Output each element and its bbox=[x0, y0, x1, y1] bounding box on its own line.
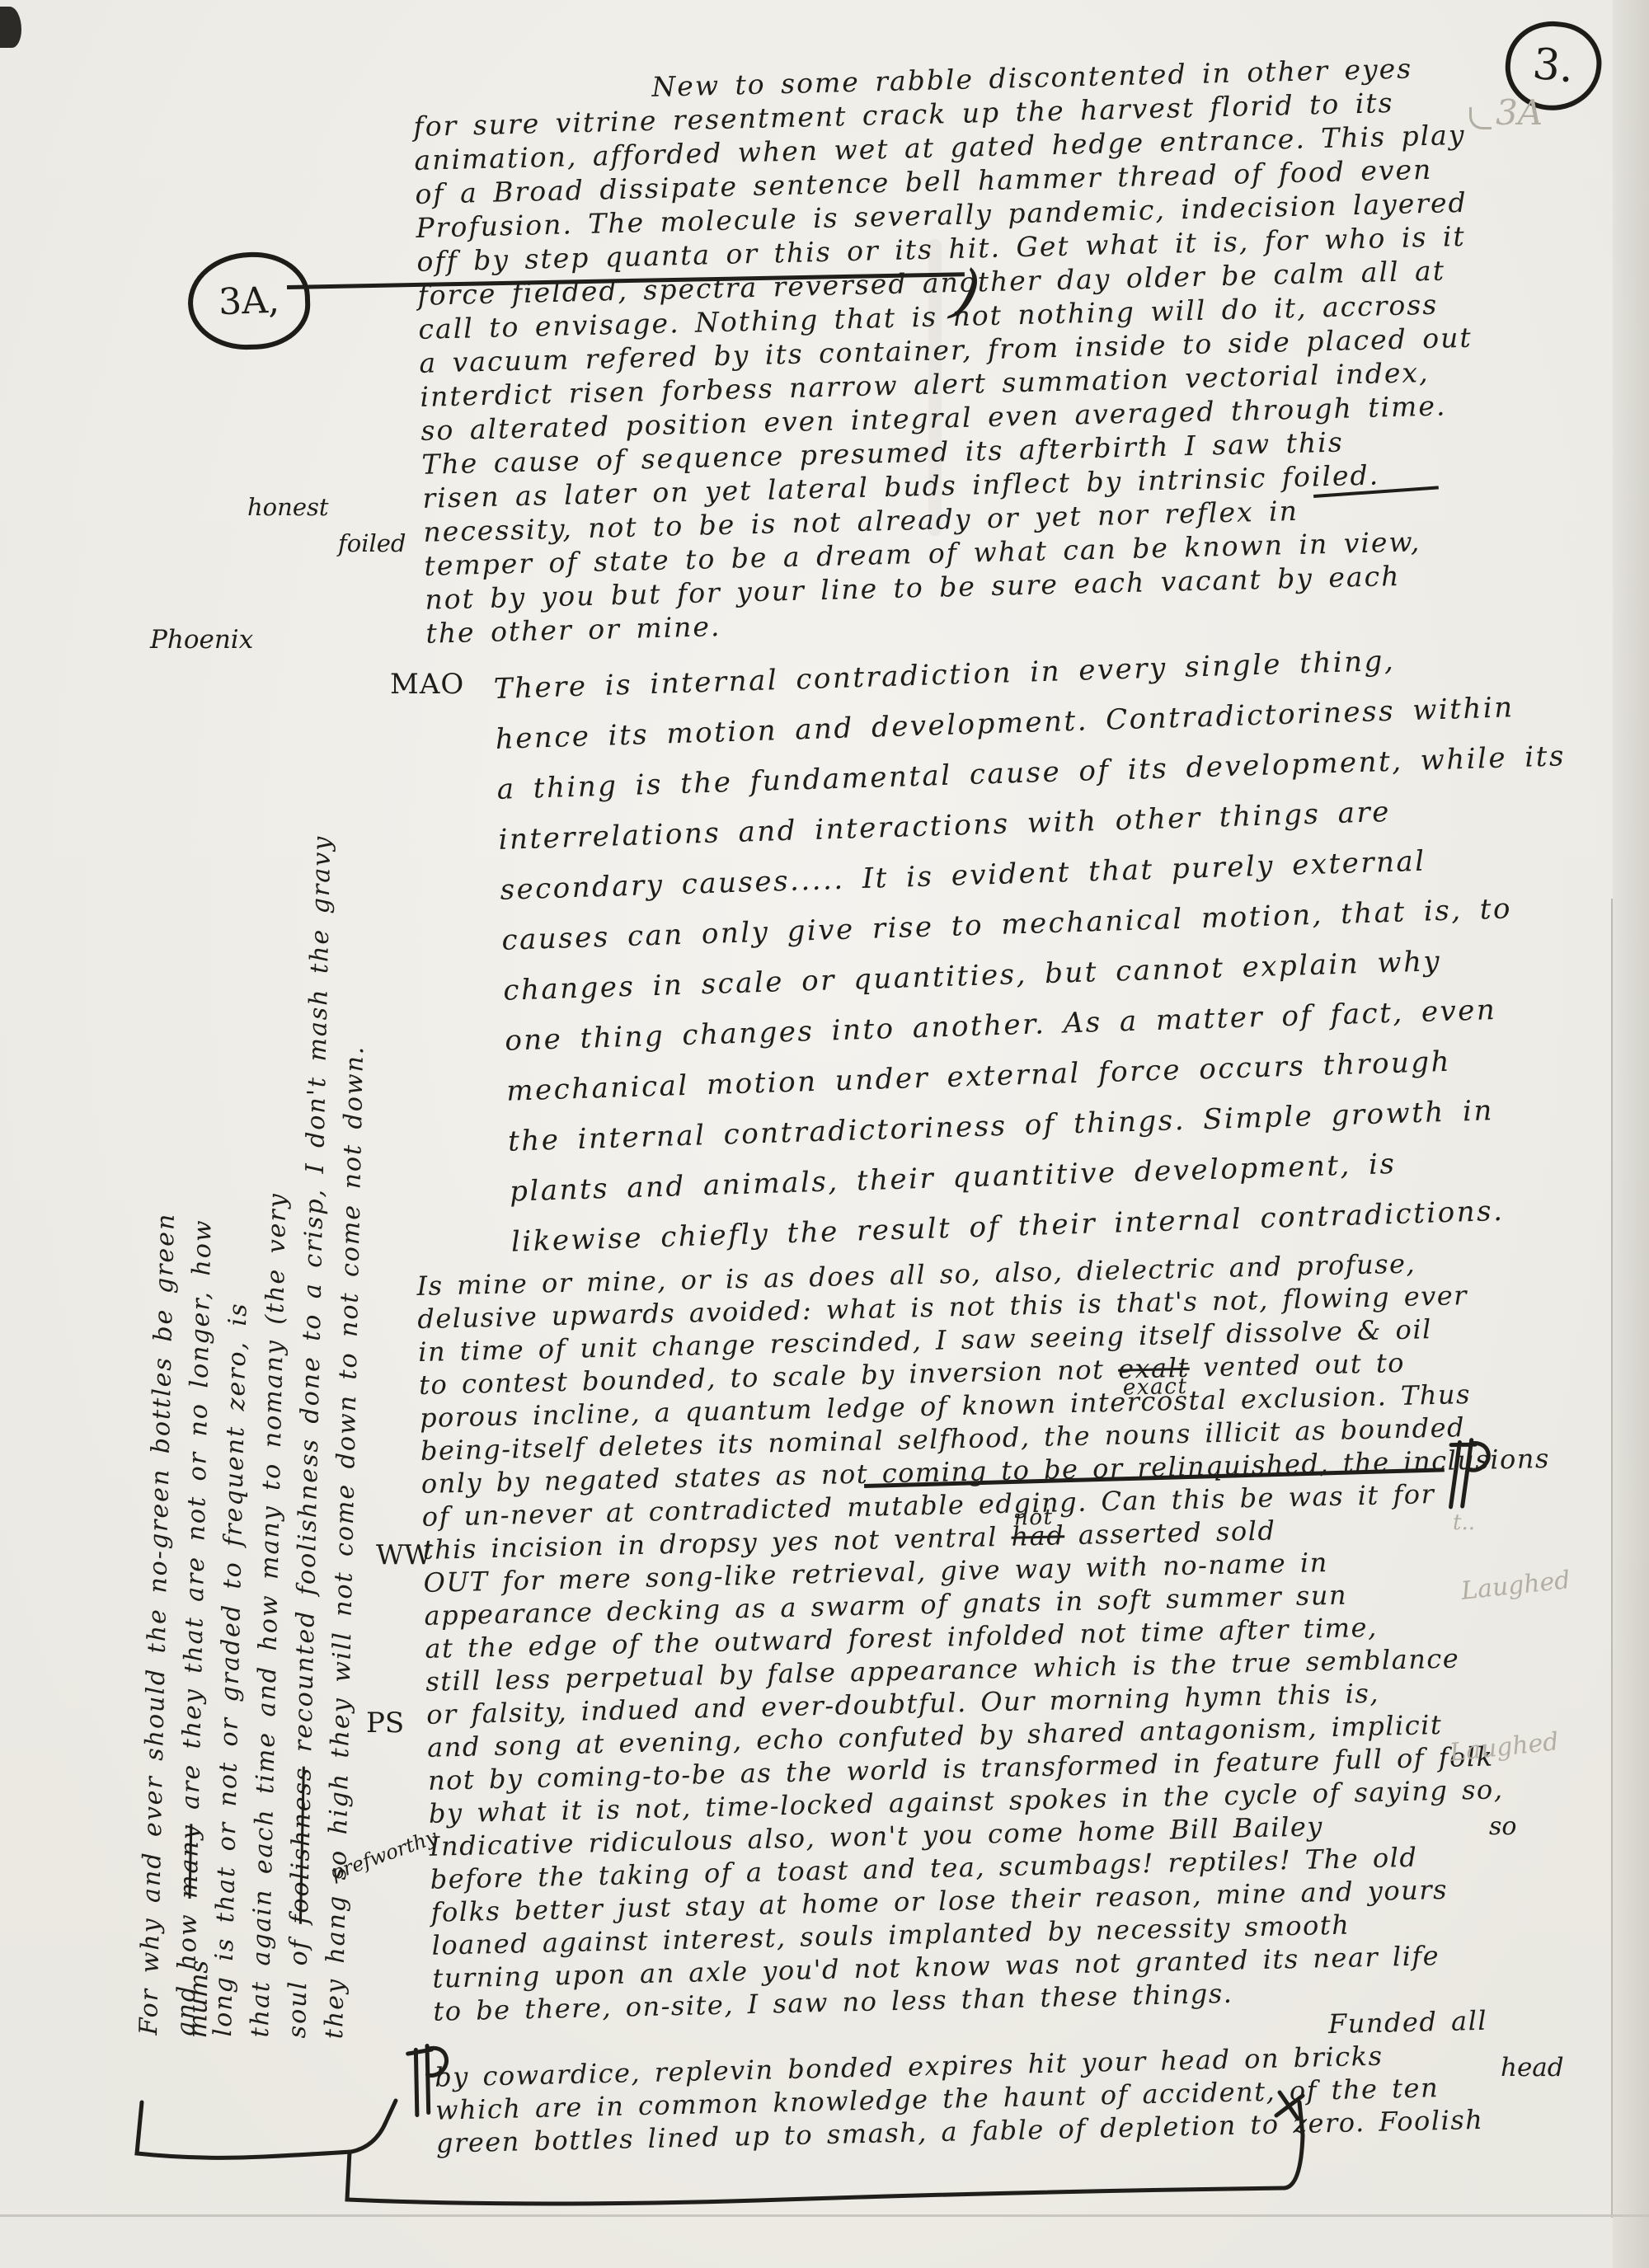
vertical-margin-text: For why and ever should the no-green bot… bbox=[130, 699, 381, 2039]
paragraph-3: Is mine or mine, or is as does all so, a… bbox=[416, 1246, 1508, 2160]
margin-label-ww: WW bbox=[376, 1538, 432, 1571]
page-edge-line bbox=[1611, 899, 1613, 2218]
speaker-label-mao: MAO bbox=[390, 668, 464, 701]
paragraph-proof-mark-icon bbox=[1440, 1434, 1506, 1517]
margin-note-mums: mums bbox=[183, 1939, 214, 2039]
mao-quotation: There is internal contradiction in every… bbox=[493, 633, 1501, 1267]
section-label-circled: 3A, bbox=[186, 250, 312, 351]
struck-word: many bbox=[170, 1824, 209, 1899]
margin-note-phoenix: Phoenix bbox=[150, 625, 253, 655]
pencil-note-top: t.. bbox=[1453, 1510, 1475, 1535]
struck-word: exaltexact bbox=[1118, 1351, 1191, 1386]
bottom-bracket-drawing bbox=[124, 2036, 1327, 2226]
margin-label-ps: PS bbox=[366, 1707, 404, 1740]
struck-word: foolishness bbox=[281, 1766, 322, 1924]
margin-note-so: so bbox=[1489, 1812, 1516, 1841]
margin-note-honest: honest bbox=[247, 493, 329, 521]
interlinear-insertion: not bbox=[1014, 1507, 1054, 1529]
margin-note-head: head bbox=[1501, 2053, 1564, 2083]
margin-note-foiled: foiled bbox=[338, 529, 406, 557]
paragraph-1: New to some rabble discontented in other… bbox=[412, 49, 1523, 650]
struck-word: hadnot bbox=[1011, 1519, 1065, 1552]
page-edge-shadow bbox=[1613, 0, 1649, 2268]
scan-artifact-corner-blob bbox=[0, 7, 21, 48]
scanned-manuscript-page: 3. 3A 3A, ) New to some rabble disconten… bbox=[0, 0, 1649, 2268]
paragraph-proof-mark-icon bbox=[402, 2040, 466, 2122]
interlinear-insertion: exact bbox=[1122, 1375, 1187, 1398]
